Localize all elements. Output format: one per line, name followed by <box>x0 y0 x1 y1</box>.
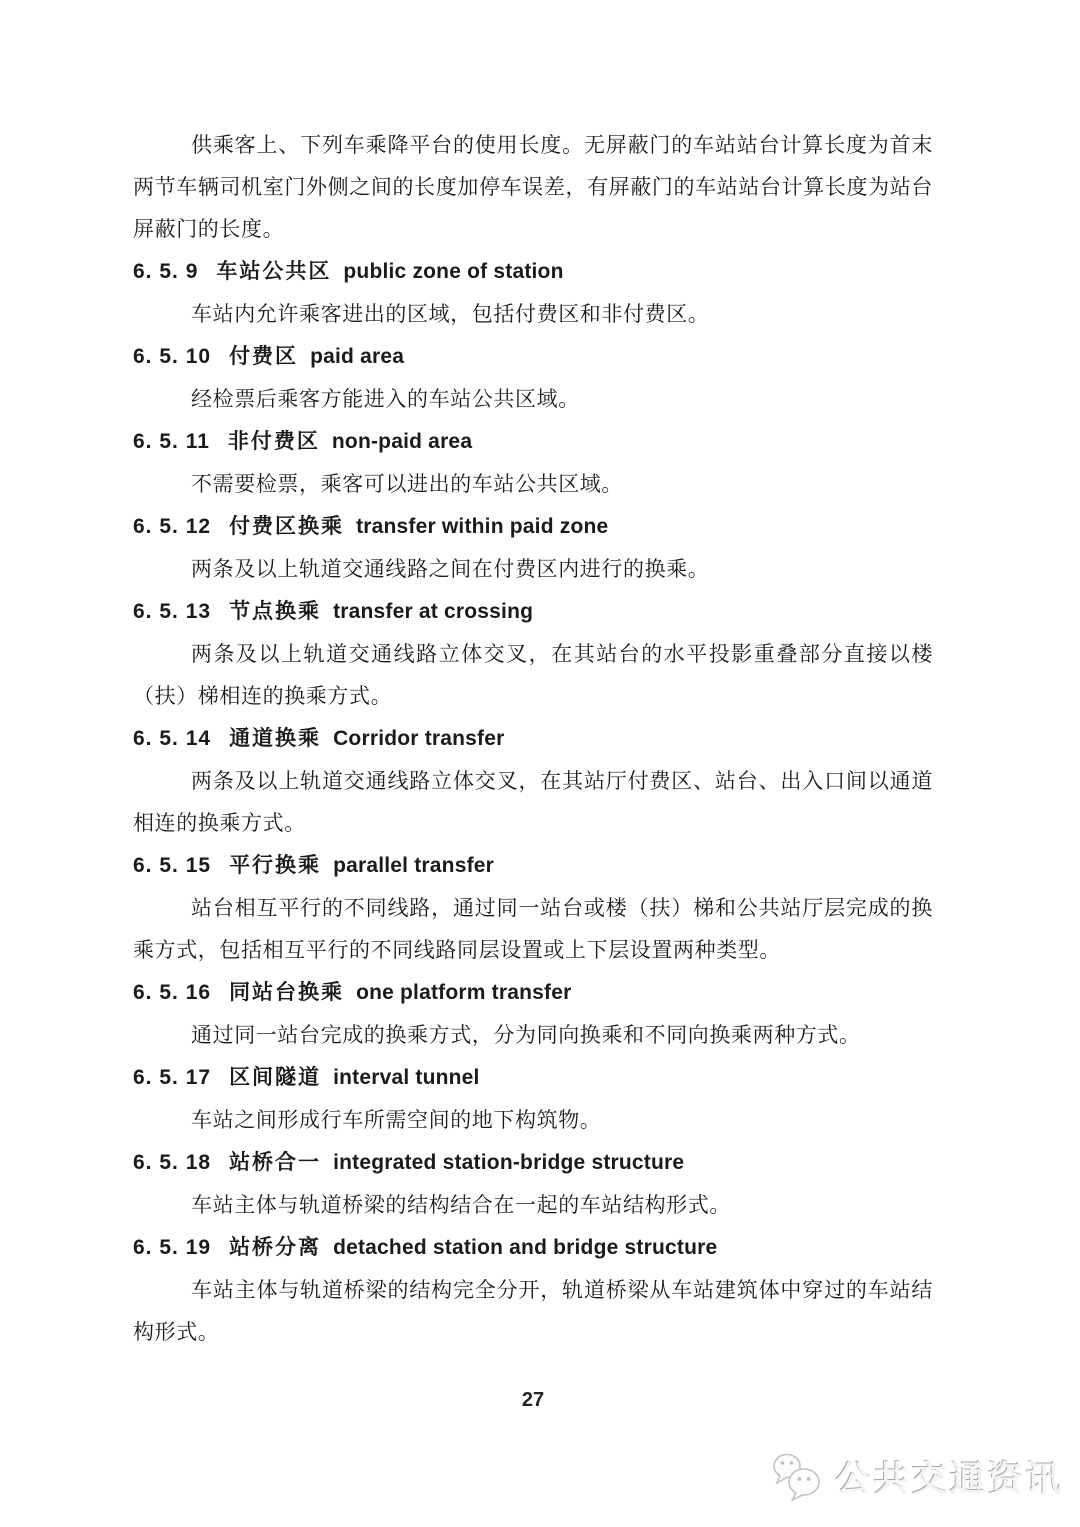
term-entry: 6. 5. 18站桥合一integrated station-bridge st… <box>133 1141 933 1226</box>
term-definition: 两条及以上轨道交通线路立体交叉，在其站厅付费区、站台、出入口间以通道相连的换乘方… <box>133 760 933 844</box>
term-definition: 通过同一站台完成的换乘方式，分为同向换乘和不同向换乘两种方式。 <box>133 1014 933 1056</box>
term-english: public zone of station <box>343 260 563 283</box>
clause-number: 6. 5. 18 <box>133 1151 211 1174</box>
clause-number: 6. 5. 19 <box>133 1236 211 1259</box>
term-entry: 6. 5. 10付费区paid area 经检票后乘客方能进入的车站公共区域。 <box>133 335 933 420</box>
intro-paragraph: 供乘客上、下列车乘降平台的使用长度。无屏蔽门的车站站台计算长度为首末两节车辆司机… <box>133 124 933 250</box>
term-english: one platform transfer <box>356 981 571 1004</box>
term-english: integrated station-bridge structure <box>333 1151 684 1174</box>
clause-number: 6. 5. 14 <box>133 727 211 750</box>
term-heading: 6. 5. 11非付费区non-paid area <box>133 420 933 463</box>
term-definition: 车站之间形成行车所需空间的地下构筑物。 <box>133 1099 933 1141</box>
term-definition: 经检票后乘客方能进入的车站公共区域。 <box>133 378 933 420</box>
term-chinese: 站桥分离 <box>229 1236 321 1259</box>
term-entry: 6. 5. 17区间隧道interval tunnel 车站之间形成行车所需空间… <box>133 1056 933 1141</box>
term-entry: 6. 5. 9车站公共区public zone of station 车站内允许… <box>133 250 933 335</box>
term-english: Corridor transfer <box>333 727 504 750</box>
term-heading: 6. 5. 15平行换乘parallel transfer <box>133 844 933 887</box>
clause-number: 6. 5. 13 <box>133 600 211 623</box>
term-heading: 6. 5. 16同站台换乘one platform transfer <box>133 971 933 1014</box>
term-definition: 不需要检票，乘客可以进出的车站公共区域。 <box>133 463 933 505</box>
term-chinese: 车站公共区 <box>216 260 331 283</box>
term-chinese: 通道换乘 <box>229 727 321 750</box>
clause-number: 6. 5. 12 <box>133 515 211 538</box>
term-english: transfer at crossing <box>333 600 533 623</box>
term-heading: 6. 5. 13节点换乘transfer at crossing <box>133 590 933 633</box>
term-entry: 6. 5. 15平行换乘parallel transfer 站台相互平行的不同线… <box>133 844 933 971</box>
term-chinese: 付费区 <box>229 345 298 368</box>
term-entry: 6. 5. 12付费区换乘transfer within paid zone 两… <box>133 505 933 590</box>
term-chinese: 同站台换乘 <box>229 981 344 1004</box>
term-definition: 车站主体与轨道桥梁的结构完全分开，轨道桥梁从车站建筑体中穿过的车站结构形式。 <box>133 1269 933 1353</box>
clause-number: 6. 5. 16 <box>133 981 211 1004</box>
term-entry: 6. 5. 14通道换乘Corridor transfer 两条及以上轨道交通线… <box>133 717 933 844</box>
term-english: interval tunnel <box>333 1066 480 1089</box>
clause-number: 6. 5. 9 <box>133 260 198 283</box>
term-heading: 6. 5. 14通道换乘Corridor transfer <box>133 717 933 760</box>
term-chinese: 节点换乘 <box>229 600 321 623</box>
term-definition: 两条及以上轨道交通线路立体交叉，在其站台的水平投影重叠部分直接以楼（扶）梯相连的… <box>133 633 933 717</box>
term-heading: 6. 5. 17区间隧道interval tunnel <box>133 1056 933 1099</box>
term-chinese: 站桥合一 <box>229 1151 321 1174</box>
term-heading: 6. 5. 18站桥合一integrated station-bridge st… <box>133 1141 933 1184</box>
term-entry: 6. 5. 16同站台换乘one platform transfer 通过同一站… <box>133 971 933 1056</box>
term-entry: 6. 5. 19站桥分离detached station and bridge … <box>133 1226 933 1353</box>
term-definition: 站台相互平行的不同线路，通过同一站台或楼（扶）梯和公共站厅层完成的换乘方式，包括… <box>133 887 933 971</box>
clause-number: 6. 5. 15 <box>133 854 211 877</box>
clause-number: 6. 5. 17 <box>133 1066 211 1089</box>
term-english: transfer within paid zone <box>356 515 608 538</box>
term-chinese: 平行换乘 <box>229 854 321 877</box>
term-entry: 6. 5. 11非付费区non-paid area 不需要检票，乘客可以进出的车… <box>133 420 933 505</box>
term-entry: 6. 5. 13节点换乘transfer at crossing 两条及以上轨道… <box>133 590 933 717</box>
term-english: parallel transfer <box>333 854 494 877</box>
term-definition: 车站内允许乘客进出的区域，包括付费区和非付费区。 <box>133 293 933 335</box>
term-heading: 6. 5. 10付费区paid area <box>133 335 933 378</box>
term-heading: 6. 5. 19站桥分离detached station and bridge … <box>133 1226 933 1269</box>
term-english: non-paid area <box>332 430 472 453</box>
clause-number: 6. 5. 11 <box>133 430 210 453</box>
clause-number: 6. 5. 10 <box>133 345 211 368</box>
document-page: 供乘客上、下列车乘降平台的使用长度。无屏蔽门的车站站台计算长度为首末两节车辆司机… <box>0 0 1080 1527</box>
term-chinese: 付费区换乘 <box>229 515 344 538</box>
term-heading: 6. 5. 12付费区换乘transfer within paid zone <box>133 505 933 548</box>
term-chinese: 非付费区 <box>228 430 320 453</box>
watermark: 公共交通资讯 <box>770 1452 1064 1502</box>
term-definition: 车站主体与轨道桥梁的结构结合在一起的车站结构形式。 <box>133 1184 933 1226</box>
document-content: 供乘客上、下列车乘降平台的使用长度。无屏蔽门的车站站台计算长度为首末两节车辆司机… <box>133 124 933 1353</box>
term-heading: 6. 5. 9车站公共区public zone of station <box>133 250 933 293</box>
term-chinese: 区间隧道 <box>229 1066 321 1089</box>
page-number: 27 <box>133 1389 933 1412</box>
term-english: paid area <box>310 345 404 368</box>
wechat-icon <box>770 1452 826 1502</box>
term-english: detached station and bridge structure <box>333 1236 717 1259</box>
watermark-label: 公共交通资讯 <box>836 1452 1064 1502</box>
term-definition: 两条及以上轨道交通线路之间在付费区内进行的换乘。 <box>133 548 933 590</box>
